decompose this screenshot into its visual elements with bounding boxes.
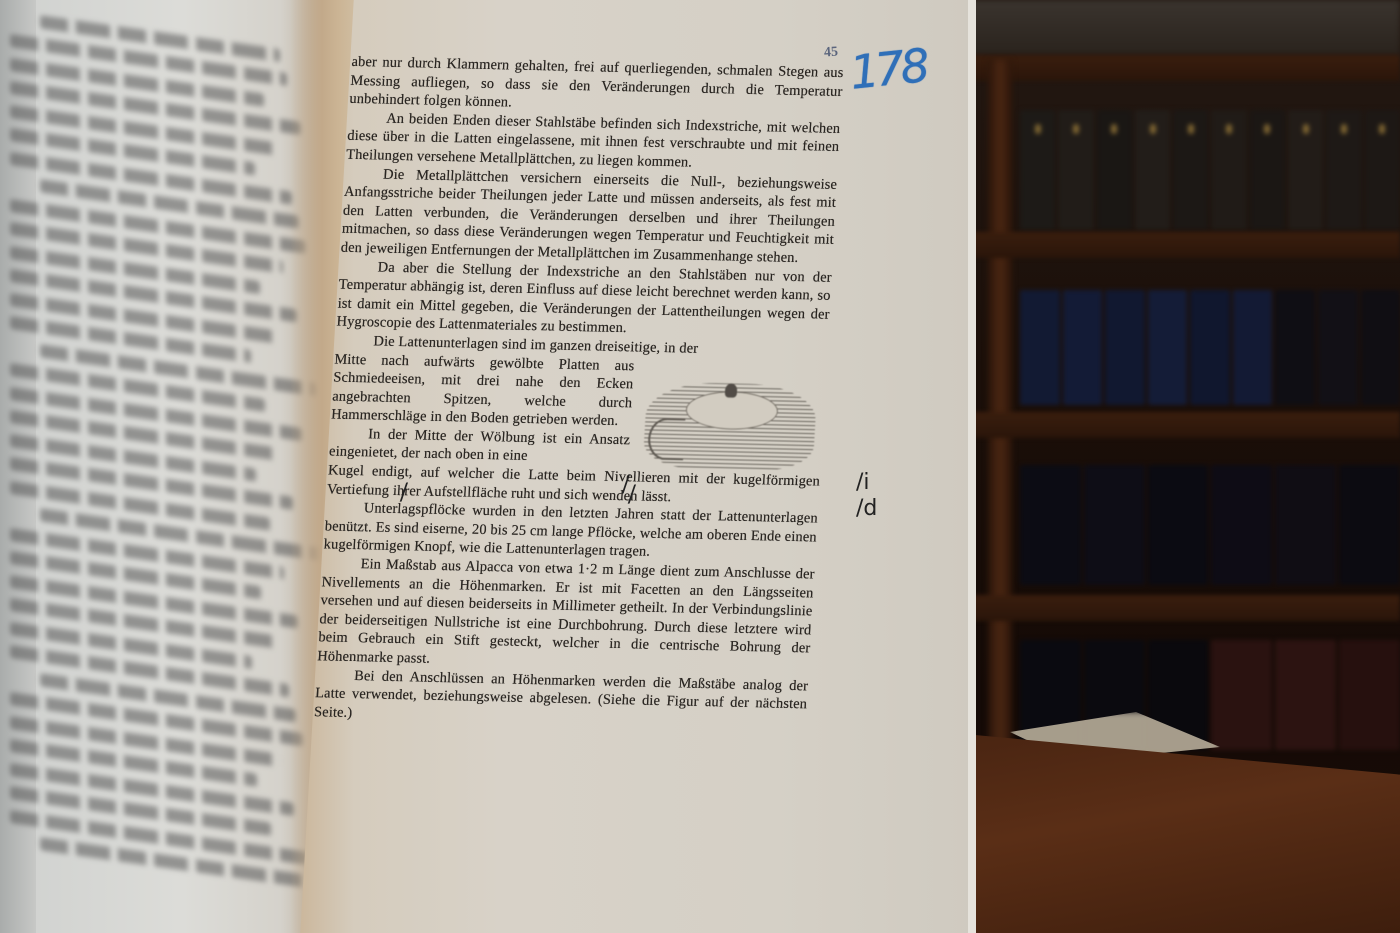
paragraph: Ein Maßstab aus Alpacca von etwa 1·2 m L… xyxy=(317,554,815,677)
book-row-gold-spines xyxy=(1020,110,1400,230)
shelf-top-items xyxy=(960,0,1400,55)
margin-annotation: /d xyxy=(856,496,877,521)
shelf-board xyxy=(960,595,1400,621)
paragraph: Mitte nach aufwärts gewölbte Platten aus… xyxy=(331,350,635,431)
book-row-blue-spines xyxy=(1020,290,1400,405)
paragraph: Die Metallplättchen versichern einerseit… xyxy=(340,164,837,268)
shelf-board xyxy=(960,55,1400,81)
shelf-board xyxy=(960,232,1400,258)
left-page-text-lines xyxy=(10,0,330,903)
shelf-post xyxy=(988,60,1012,760)
illustration-handle xyxy=(647,417,685,460)
paragraph: Bei den Anschlüssen an Höhenmarken werde… xyxy=(314,666,809,733)
shelf-board xyxy=(960,412,1400,438)
margin-annotation: /i xyxy=(856,470,870,495)
page-text-block: aber nur durch Klammern gehalten, frei a… xyxy=(314,53,844,733)
printed-page-number: 45 xyxy=(823,45,838,62)
book-row-dark-spines xyxy=(1020,465,1400,585)
figure-side-text: Mitte nach aufwärts gewölbte Platten aus… xyxy=(329,350,635,468)
lattenunterlage-illustration xyxy=(643,381,818,471)
left-page-blurred xyxy=(0,0,330,933)
handwritten-page-number: 178 xyxy=(847,38,928,100)
paragraph: Da aber die Stellung der Indexstriche an… xyxy=(336,257,832,342)
page-edge xyxy=(968,0,976,933)
figure-section: Mitte nach aufwärts gewölbte Platten aus… xyxy=(329,350,827,473)
